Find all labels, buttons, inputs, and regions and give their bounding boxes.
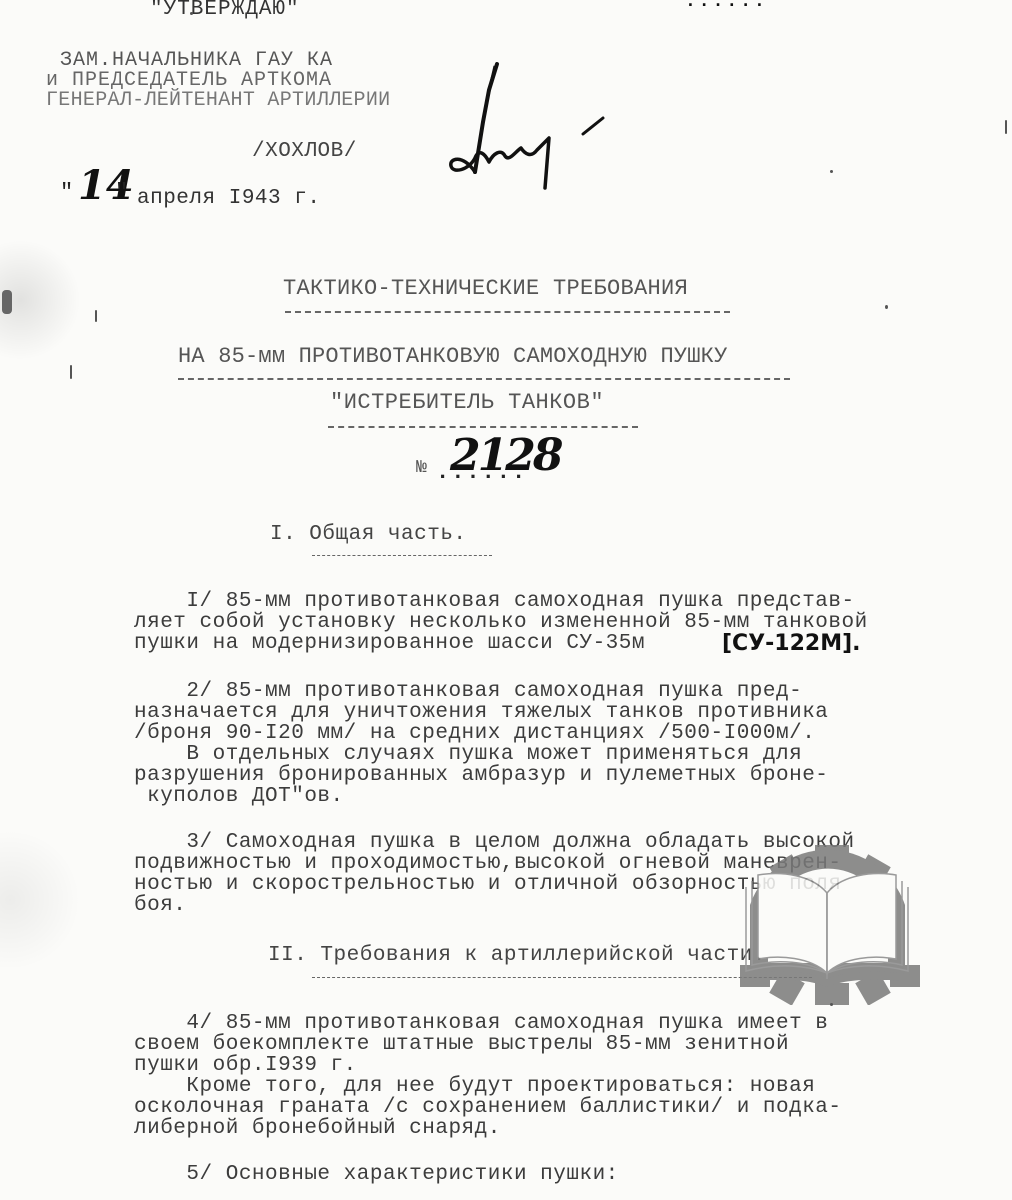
- title-line-1-underline: [285, 311, 730, 313]
- title-line-3: "ИСТРЕБИТЕЛЬ ТАНКОВ": [330, 390, 604, 415]
- clipped-top-text: ......: [685, 0, 768, 12]
- paragraph-line: 5/ Основные характеристики пушки:: [134, 1164, 619, 1185]
- paragraph-line: пушки обр.I939 г.: [134, 1055, 357, 1076]
- paragraph-line: осколочная граната /с сохранением баллис…: [134, 1097, 842, 1118]
- scan-speck: [885, 305, 888, 309]
- paragraph-line: 2/ 85-мм противотанковая самоходная пушк…: [134, 681, 802, 702]
- paragraph-line: куполов ДОТ"ов.: [134, 786, 344, 807]
- paragraph-line: либерной бронебойный снаряд.: [134, 1118, 501, 1139]
- paragraph-line: Кроме того, для нее будут проектироватьс…: [134, 1076, 815, 1097]
- title-line-1: ТАКТИКО-ТЕХНИЧЕСКИЕ ТРЕБОВАНИЯ: [283, 276, 688, 301]
- handwritten-insert: [СУ-122М].: [722, 631, 861, 656]
- paragraph-line: пушки на модернизированное шасси СУ-35м: [134, 633, 645, 654]
- scan-speck: [830, 1003, 833, 1006]
- paragraph-line: 4/ 85-мм противотанковая самоходная пушк…: [134, 1013, 828, 1034]
- date-open-quote: ": [60, 180, 74, 205]
- paragraph-line: ляет собой установку несколько измененно…: [134, 612, 868, 633]
- paragraph-line: боя.: [134, 895, 186, 916]
- approval-stamp: "УТВЕРЖДАЮ": [150, 0, 300, 21]
- date-close-quote: ": [115, 180, 129, 205]
- title-line-2-underline: [178, 378, 790, 380]
- scan-speck: [70, 365, 72, 379]
- title-line-2: НА 85-мм ПРОТИВОТАНКОВУЮ САМОХОДНУЮ ПУШК…: [178, 344, 728, 369]
- scan-speck: [190, 12, 193, 15]
- title-line-3-underline: [328, 426, 638, 428]
- section-heading-underline: [312, 555, 492, 556]
- gear-book-logo-icon: [730, 845, 925, 1005]
- scan-speck: [830, 170, 833, 173]
- document-page: ...... "УТВЕРЖДАЮ" ЗАМ.НАЧАЛЬНИКА ГАУ КА…: [0, 0, 1012, 1200]
- section-heading: I. Общая часть.: [270, 523, 467, 546]
- section-heading: II. Требования к артиллерийской части.: [268, 944, 766, 967]
- approver-name: /ХОХЛОВ/: [252, 140, 357, 163]
- paragraph-line: I/ 85-мм противотанковая самоходная пушк…: [134, 591, 855, 612]
- paragraph-line: своем боекомплекте штатные выстрелы 85-м…: [134, 1034, 789, 1055]
- scan-speck: [95, 310, 97, 322]
- paragraph-line: В отдельных случаях пушка может применят…: [134, 744, 802, 765]
- approval-position-line-1: ЗАМ.НАЧАЛЬНИКА ГАУ КА: [60, 52, 333, 70]
- scan-edge-mark: [2, 290, 12, 314]
- approval-position-line-2: и ПРЕДСЕДАТЕЛЬ АРТКОМА: [46, 72, 332, 90]
- approval-position-line-3: ГЕНЕРАЛ-ЛЕЙТЕНАНТ АРТИЛЛЕРИИ: [46, 92, 390, 110]
- date-text: апреля I943 г.: [137, 187, 320, 210]
- number-handwritten: 2128: [450, 430, 560, 481]
- signature-icon: [445, 62, 615, 197]
- paragraph-line: разрушения бронированных амбразур и пуле…: [134, 765, 828, 786]
- paragraph-line: назначается для уничтожения тяжелых танк…: [134, 702, 828, 723]
- number-label: №: [416, 458, 427, 478]
- paragraph-line: /броня 90-I20 мм/ на средних дистанциях …: [134, 723, 815, 744]
- scan-speck: [1005, 120, 1007, 134]
